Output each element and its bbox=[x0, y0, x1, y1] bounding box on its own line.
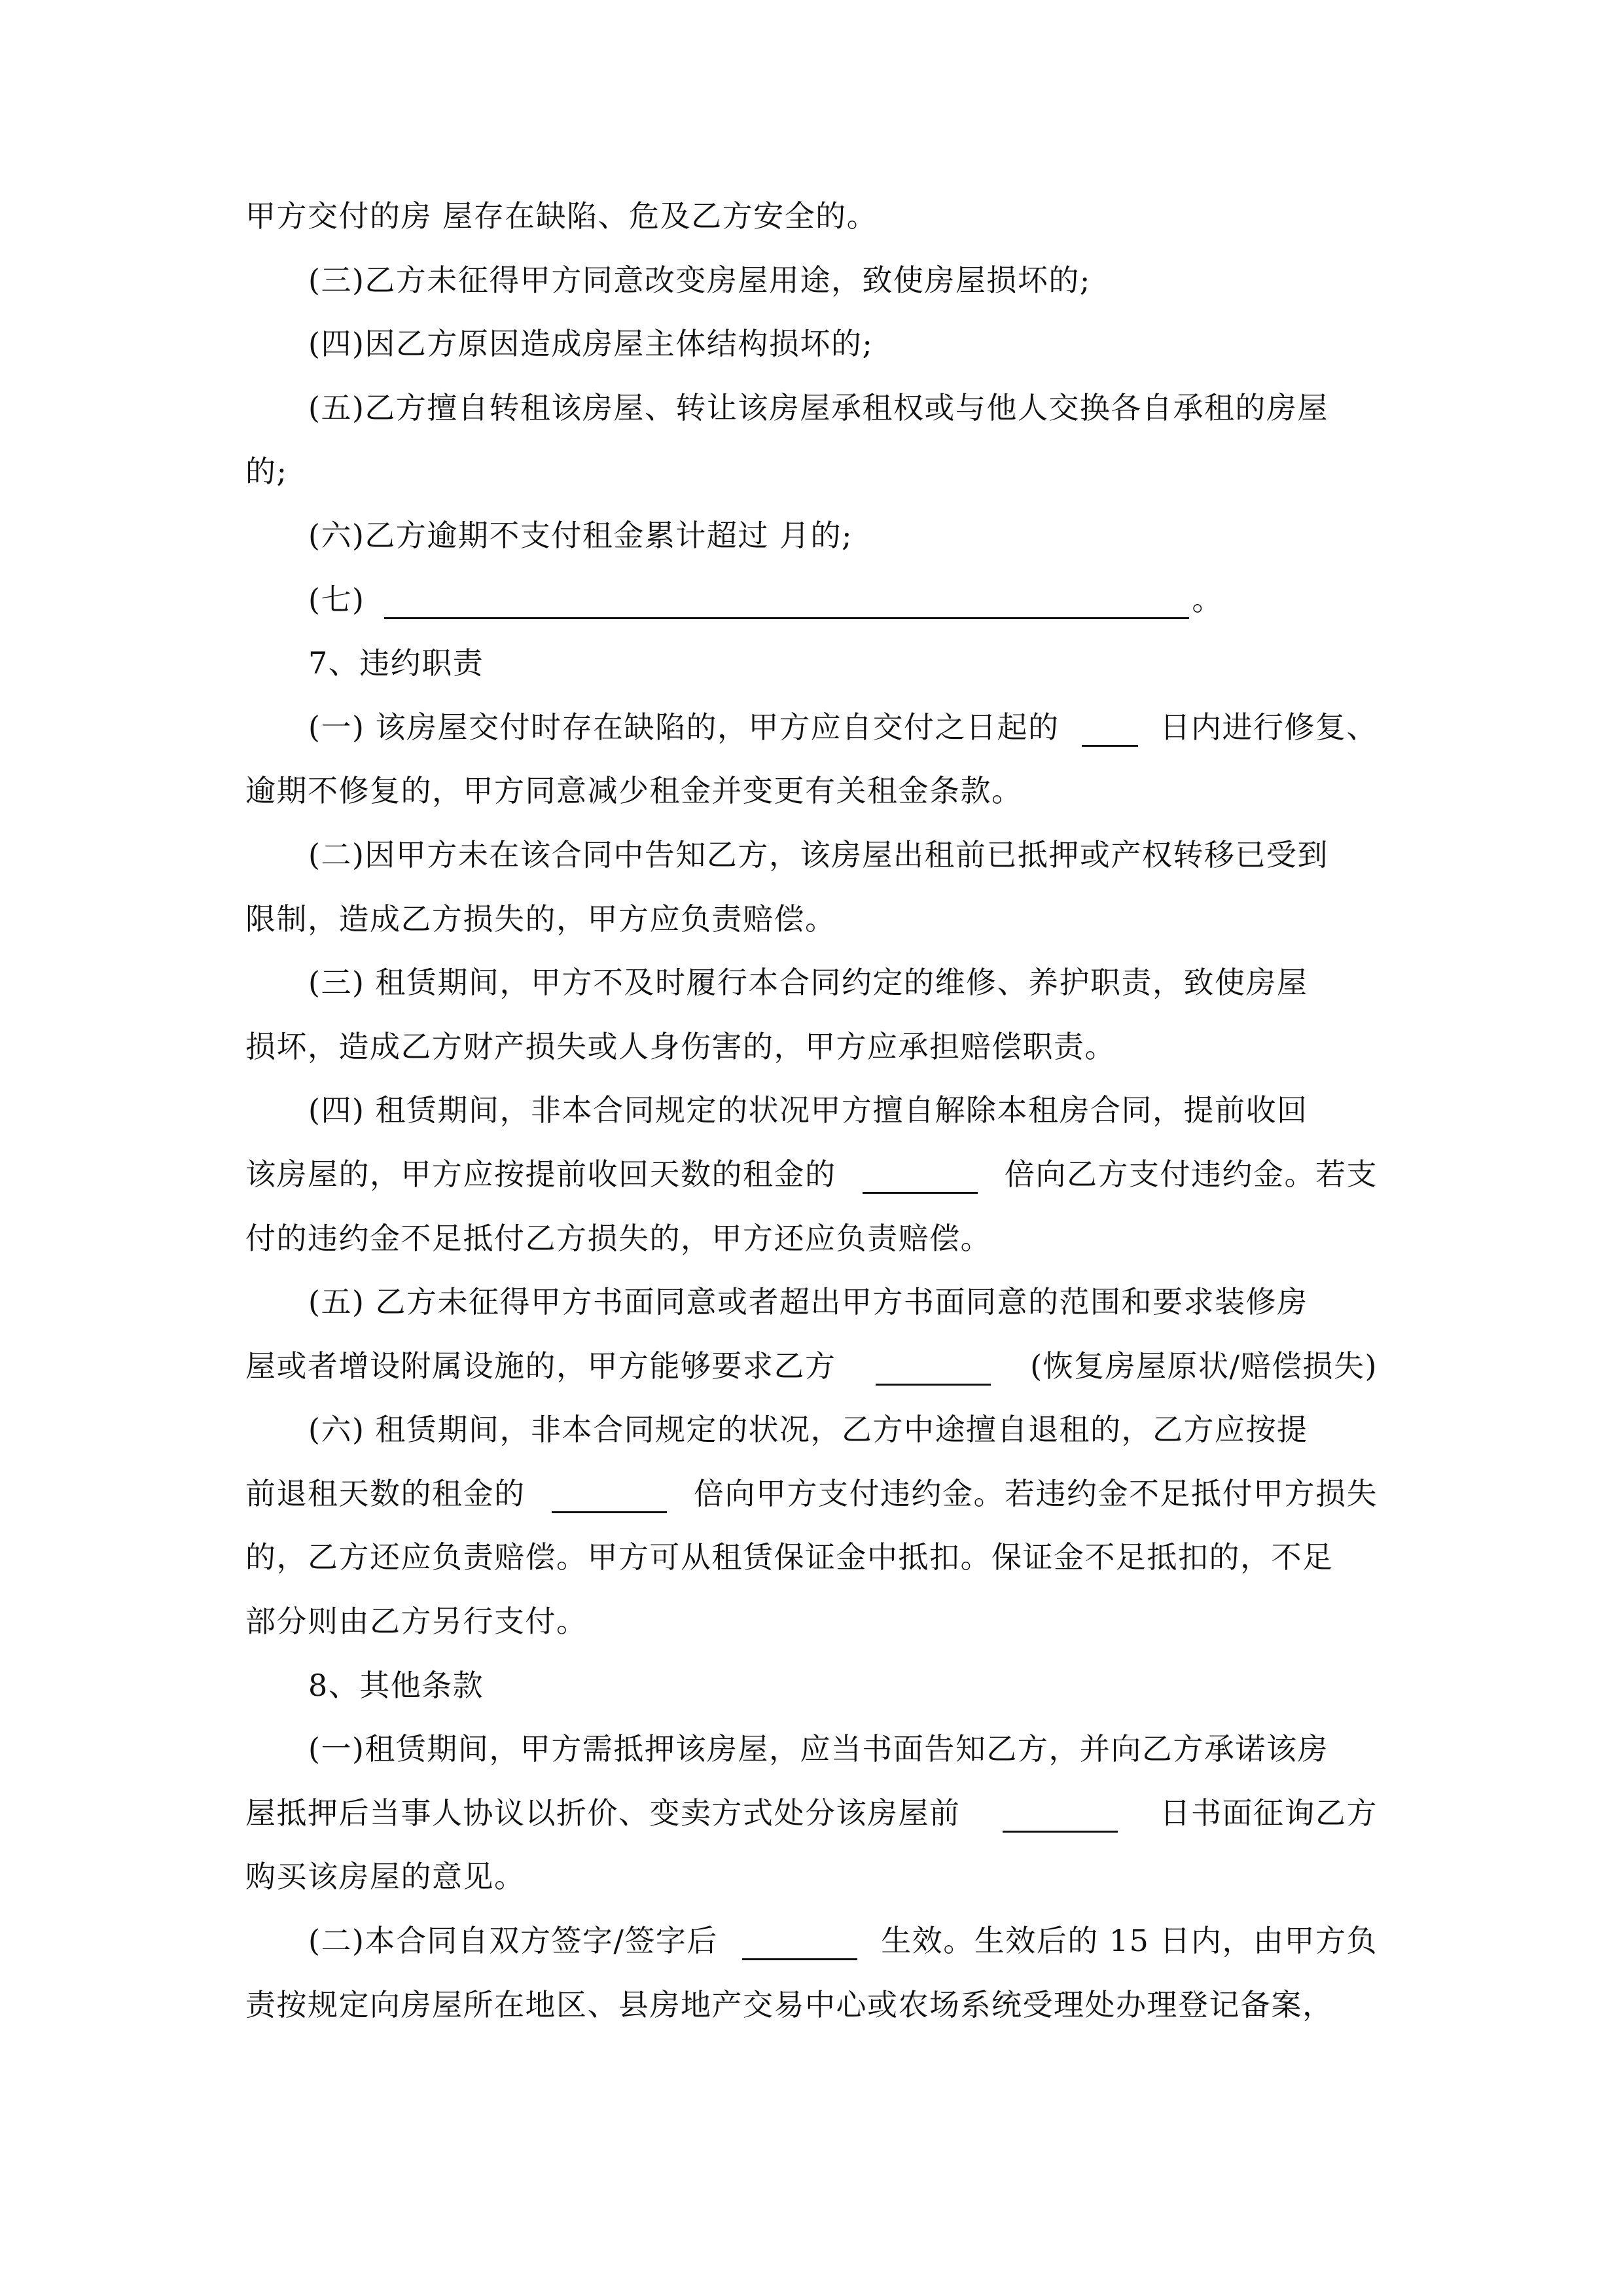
clause-other-1-cont: 屋抵押后当事人协议以折价、变卖方式处分该房屋前 日书面征询乙方 bbox=[245, 1782, 1378, 1846]
text-line: (恢复房屋原状/赔偿损失) bbox=[1030, 1335, 1378, 1399]
clause-liability-4-cont2: 付的违约金不足抵付乙方损失的，甲方还应负责赔偿。 bbox=[245, 1207, 1378, 1271]
text-line: (六)乙方逾期不支付租金累计超过 月的; bbox=[308, 504, 853, 568]
text-line: (四)因乙方原因造成房屋主体结构损坏的; bbox=[308, 312, 873, 376]
blank-effective-condition-field[interactable] bbox=[742, 1932, 857, 1960]
text-line: 倍向乙方支付违约金。若支 bbox=[1005, 1143, 1378, 1207]
blank-lessee-penalty-multiple-field[interactable] bbox=[552, 1485, 667, 1513]
blank-lessor-penalty-multiple-field[interactable] bbox=[863, 1166, 978, 1194]
clause-liability-6-cont3: 部分则由乙方另行支付。 bbox=[245, 1590, 1378, 1654]
clause-liability-5-cont: 屋或者增设附属设施的，甲方能够要求乙方 (恢复房屋原状/赔偿损失) bbox=[245, 1335, 1378, 1399]
document-page: 甲方交付的房 屋存在缺陷、危及乙方安全的。 (三)乙方未征得甲方同意改变房屋用途… bbox=[0, 0, 1623, 2296]
text-line: 部分则由乙方另行支付。 bbox=[245, 1590, 588, 1654]
clause-liability-2-cont: 限制，造成乙方损失的，甲方应负责赔偿。 bbox=[245, 888, 1378, 952]
clause-liability-6-cont2: 的，乙方还应负责赔偿。甲方可从租赁保证金中抵扣。保证金不足抵扣的，不足 bbox=[245, 1526, 1378, 1590]
clause-liability-3-cont: 损坏，造成乙方财产损失或人身伤害的，甲方应承担赔偿职责。 bbox=[245, 1015, 1378, 1079]
blank-restore-or-compensate-field[interactable] bbox=[876, 1357, 991, 1386]
text-line: 屋抵押后当事人协议以折价、变卖方式处分该房屋前 bbox=[245, 1782, 961, 1846]
section-title: 7、违约职责 bbox=[308, 632, 484, 696]
clause-liability-1-cont: 逾期不修复的，甲方同意减少租金并变更有关租金条款。 bbox=[245, 759, 1378, 823]
section-heading-8: 8、其他条款 bbox=[245, 1654, 1378, 1718]
text-line: (六) 租赁期间，非本合同规定的状况，乙方中途擅自退租的，乙方应按提 bbox=[308, 1398, 1308, 1462]
clause-termination-4: (四)因乙方原因造成房屋主体结构损坏的; bbox=[245, 312, 1378, 376]
text-line: 甲方交付的房 屋存在缺陷、危及乙方安全的。 bbox=[245, 185, 878, 249]
text-line: 责按规定向房屋所在地区、县房地产交易中心或农场系统受理处办理登记备案， bbox=[245, 1973, 1334, 2037]
text-line: 逾期不修复的，甲方同意减少租金并变更有关租金条款。 bbox=[245, 759, 1023, 823]
text-line: 购买该房屋的意见。 bbox=[245, 1845, 526, 1909]
text-line: (五)乙方擅自转租该房屋、转让该房屋承租权或与他人交换各自承租的房屋 bbox=[308, 376, 1329, 440]
section-title: 8、其他条款 bbox=[308, 1654, 484, 1718]
clause-liability-6-cont: 前退租天数的租金的 倍向甲方支付违约金。若违约金不足抵付甲方损失 bbox=[245, 1462, 1378, 1526]
clause-liability-1: (一) 该房屋交付时存在缺陷的，甲方应自交付之日起的 日内进行修复、 bbox=[245, 696, 1378, 760]
text-line: 日书面征询乙方 bbox=[1160, 1782, 1378, 1846]
clause-liability-3: (三) 租赁期间，甲方不及时履行本合同约定的维修、养护职责，致使房屋 bbox=[245, 951, 1378, 1015]
text-line: 生效。生效后的 15 日内，由甲方负 bbox=[881, 1909, 1378, 1973]
clause-liability-6: (六) 租赁期间，非本合同规定的状况，乙方中途擅自退租的，乙方应按提 bbox=[245, 1398, 1378, 1462]
clause-termination-7: (七) 。 bbox=[245, 568, 1378, 632]
blank-repair-days-field[interactable] bbox=[1082, 719, 1138, 747]
text-line: (四) 租赁期间，非本合同规定的状况甲方擅自解除本租房合同，提前收回 bbox=[308, 1079, 1308, 1143]
text-line: (三) 租赁期间，甲方不及时履行本合同约定的维修、养护职责，致使房屋 bbox=[308, 951, 1308, 1015]
text-line: 限制，造成乙方损失的，甲方应负责赔偿。 bbox=[245, 888, 836, 952]
section-heading-7: 7、违约职责 bbox=[245, 632, 1378, 696]
text-line: 付的违约金不足抵付乙方损失的，甲方还应负责赔偿。 bbox=[245, 1207, 991, 1271]
text-line: (一)租赁期间，甲方需抵押该房屋，应当书面告知乙方，并向乙方承诺该房 bbox=[308, 1717, 1329, 1782]
clause-termination-3: (三)乙方未征得甲方同意改变房屋用途，致使房屋损坏的; bbox=[245, 249, 1378, 313]
text-line: 该房屋的，甲方应按提前收回天数的租金的 bbox=[245, 1143, 836, 1207]
text-line: 前退租天数的租金的 bbox=[245, 1462, 526, 1526]
line-defect-clause-end: 甲方交付的房 屋存在缺陷、危及乙方安全的。 bbox=[245, 185, 1378, 249]
text-line: 的; bbox=[245, 440, 288, 504]
blank-clause-seven-field[interactable] bbox=[384, 591, 1189, 619]
text-line: (三)乙方未征得甲方同意改变房屋用途，致使房屋损坏的; bbox=[308, 249, 1091, 313]
clause-liability-4-cont: 该房屋的，甲方应按提前收回天数的租金的 倍向乙方支付违约金。若支 bbox=[245, 1143, 1378, 1207]
clause-other-1: (一)租赁期间，甲方需抵押该房屋，应当书面告知乙方，并向乙方承诺该房 bbox=[245, 1717, 1378, 1782]
text-line: (二)因甲方未在该合同中告知乙方，该房屋出租前已抵押或产权转移已受到 bbox=[308, 823, 1329, 888]
clause-other-1-cont2: 购买该房屋的意见。 bbox=[245, 1845, 1378, 1909]
clause-termination-5-cont: 的; bbox=[245, 440, 1378, 504]
clause-liability-2: (二)因甲方未在该合同中告知乙方，该房屋出租前已抵押或产权转移已受到 bbox=[245, 823, 1378, 888]
text-line: (一) 该房屋交付时存在缺陷的，甲方应自交付之日起的 bbox=[308, 696, 1060, 760]
text-line: (二)本合同自双方签字/签字后 bbox=[308, 1909, 718, 1973]
clause-termination-5: (五)乙方擅自转租该房屋、转让该房屋承租权或与他人交换各自承租的房屋 bbox=[245, 376, 1378, 440]
text-line: 屋或者增设附属设施的，甲方能够要求乙方 bbox=[245, 1335, 836, 1399]
clause-liability-4: (四) 租赁期间，非本合同规定的状况甲方擅自解除本租房合同，提前收回 bbox=[245, 1079, 1378, 1143]
clause-liability-5: (五) 乙方未征得甲方书面同意或者超出甲方书面同意的范围和要求装修房 bbox=[245, 1270, 1378, 1335]
clause-termination-6: (六)乙方逾期不支付租金累计超过 月的; bbox=[245, 504, 1378, 568]
text-line: 损坏，造成乙方财产损失或人身伤害的，甲方应承担赔偿职责。 bbox=[245, 1015, 1116, 1079]
text-line: (七) bbox=[308, 568, 365, 632]
contract-body: 甲方交付的房 屋存在缺陷、危及乙方安全的。 (三)乙方未征得甲方同意改变房屋用途… bbox=[245, 185, 1378, 2037]
text-line: 日内进行修复、 bbox=[1160, 696, 1378, 760]
clause-other-2-cont: 责按规定向房屋所在地区、县房地产交易中心或农场系统受理处办理登记备案， bbox=[245, 1973, 1378, 2037]
text-line: 。 bbox=[1192, 568, 1223, 632]
text-line: 倍向甲方支付违约金。若违约金不足抵付甲方损失 bbox=[694, 1462, 1378, 1526]
clause-other-2: (二)本合同自双方签字/签字后 生效。生效后的 15 日内，由甲方负 bbox=[245, 1909, 1378, 1973]
text-line: (五) 乙方未征得甲方书面同意或者超出甲方书面同意的范围和要求装修房 bbox=[308, 1270, 1308, 1335]
text-line: 的，乙方还应负责赔偿。甲方可从租赁保证金中抵扣。保证金不足抵扣的，不足 bbox=[245, 1526, 1334, 1590]
blank-purchase-notice-days-field[interactable] bbox=[1003, 1804, 1118, 1833]
